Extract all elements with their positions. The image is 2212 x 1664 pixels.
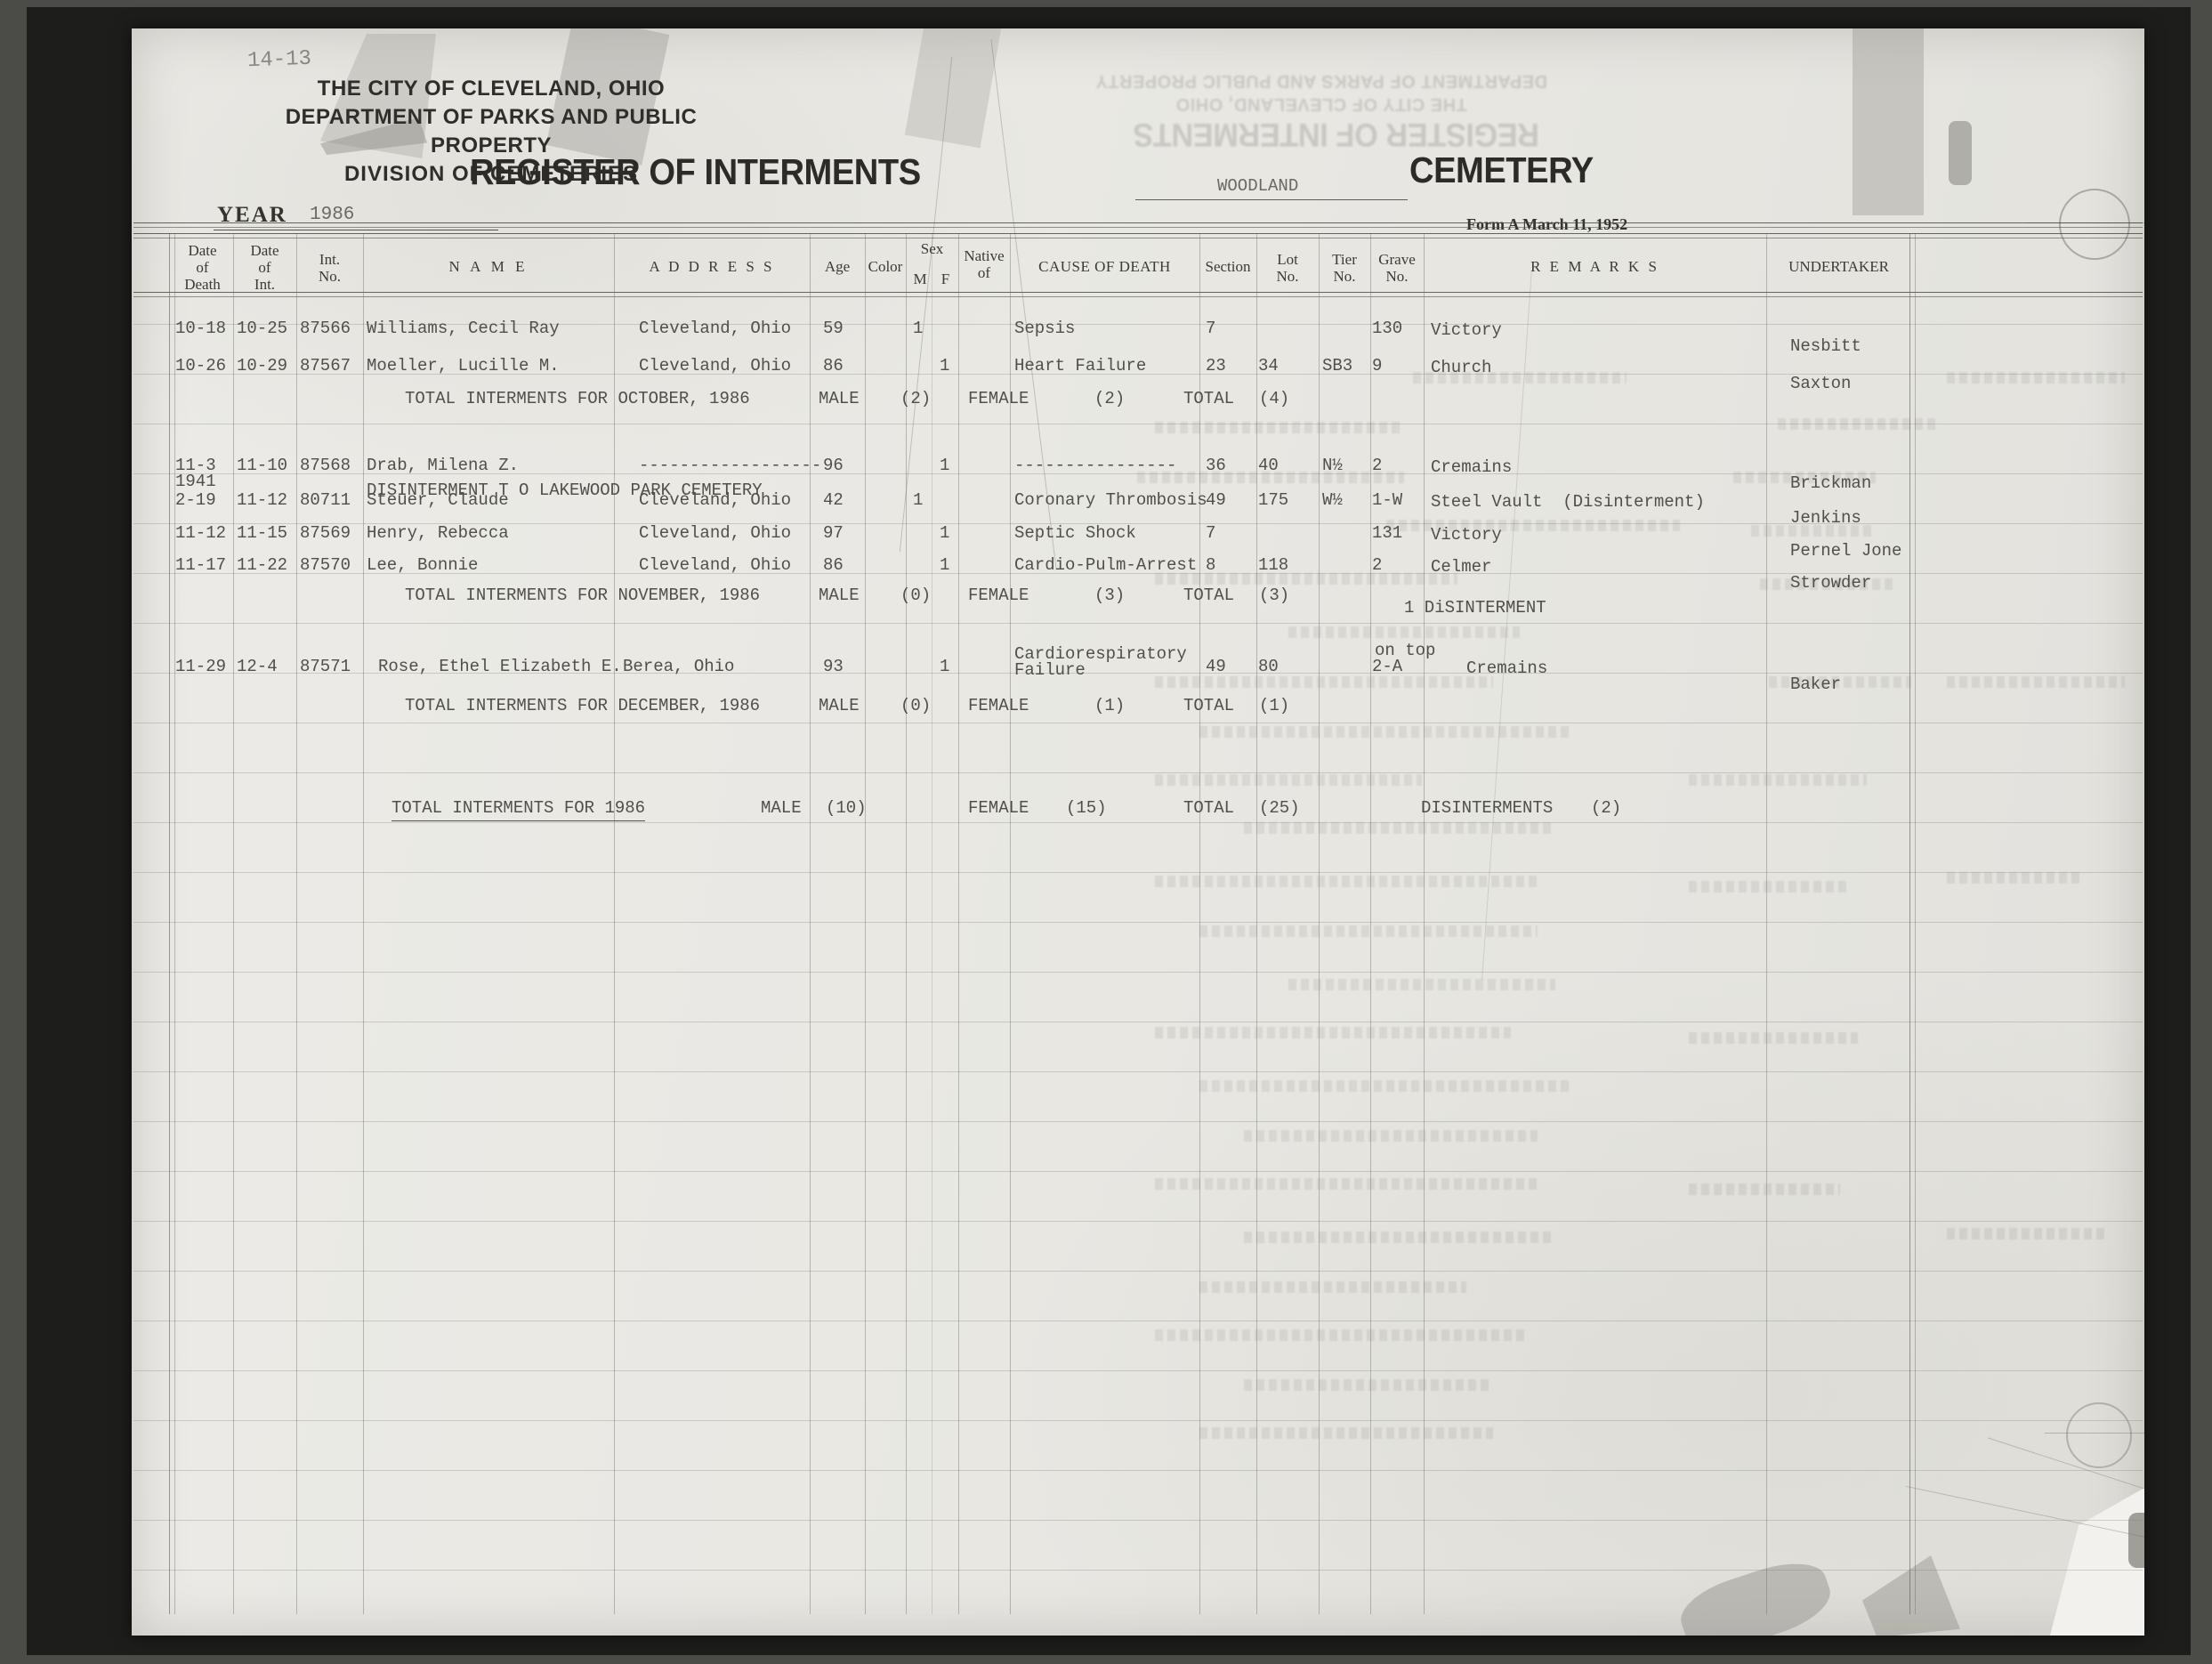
cell-undertaker: Jenkins — [1790, 508, 1861, 528]
cell-age: 59 — [823, 319, 844, 338]
total-male-value: (0) — [900, 696, 931, 715]
bleedthrough-header: REGISTER OF INTERMENTS THE CITY OF CLEVE… — [1014, 43, 1628, 153]
total-female-value: (1) — [1094, 696, 1125, 715]
disinterment-overlay: DISINTERMENT T O LAKEWOOD PARK CEMETERY — [367, 481, 763, 500]
cell-remarks: Victory — [1431, 320, 1502, 340]
cell-lot: 40 — [1258, 456, 1279, 475]
column-line — [296, 233, 297, 1614]
cell-grave: 1-W — [1372, 490, 1402, 510]
cell-remarks: Cremains — [1466, 658, 1547, 678]
cell-undertaker: Pernel Jone — [1790, 541, 1901, 561]
cell-section: 8 — [1206, 555, 1215, 575]
cell-remarks: Cremains — [1431, 457, 1512, 477]
cell-undertaker: Brickman — [1790, 473, 1871, 493]
cell-age: 96 — [823, 456, 844, 475]
total-male-label: MALE — [819, 586, 860, 605]
cell-date-of-death: 11-29 — [175, 657, 226, 676]
total-male-label: MALE — [819, 696, 860, 715]
col-header-int-no: Int. No. — [296, 251, 363, 285]
total-label: TOTAL INTERMENTS FOR DECEMBER, 1986 — [405, 696, 760, 715]
total-total-label: TOTAL — [1183, 696, 1234, 715]
total-total-label: TOTAL — [1183, 586, 1234, 605]
cell-remarks: Victory — [1431, 525, 1502, 545]
total-female-value: (3) — [1094, 586, 1125, 605]
cell-grave: 130 — [1372, 319, 1402, 338]
tape-stain — [1853, 28, 1924, 215]
cell-lot: 175 — [1258, 490, 1288, 510]
total-female-value: (2) — [1094, 389, 1125, 408]
total-total-label: TOTAL — [1183, 389, 1234, 408]
cell-sex-f: 1 — [940, 523, 949, 543]
column-line — [810, 233, 811, 1614]
handwritten-number: 14-13 — [247, 47, 312, 73]
cell-cause: Septic Shock — [1014, 523, 1136, 543]
cell-grave: 2 — [1372, 555, 1382, 575]
column-line — [363, 233, 364, 1614]
cell-address: Cleveland, Ohio — [639, 523, 791, 543]
col-header-remarks: R E M A R K S — [1424, 258, 1766, 275]
drab-birth-year: 1941 — [175, 472, 216, 491]
cell-address: Cleveland, Ohio — [639, 356, 791, 376]
bleedthrough-org2: DEPARTMENT OF PARKS AND PUBLIC PROPERTY — [1014, 69, 1628, 93]
column-line — [233, 233, 234, 1614]
total-male-label: MALE — [761, 798, 802, 818]
col-header-address: A D D R E S S — [614, 258, 810, 275]
cell-section: 23 — [1206, 356, 1226, 376]
bleedthrough-title: REGISTER OF INTERMENTS — [1134, 116, 1539, 153]
col-header-sex-f: F — [933, 271, 957, 287]
col-header-sex-m: M — [908, 271, 932, 287]
cell-date-of-int: 10-25 — [237, 319, 287, 338]
cell-sex-f: 1 — [940, 555, 949, 575]
cell-remarks: Church — [1431, 358, 1491, 377]
bleedthrough-org1: THE CITY OF CLEVELAND, OHIO — [1014, 93, 1628, 116]
cell-address: Cleveland, Ohio — [639, 555, 791, 575]
cell-grave: 2 — [1372, 456, 1382, 475]
col-header-tier-no: Tier No. — [1319, 251, 1370, 285]
cell-date-of-death: 10-26 — [175, 356, 226, 376]
cell-name: Henry, Rebecca — [367, 523, 509, 543]
cell-address: ------------------ — [639, 456, 821, 475]
column-line — [1199, 233, 1200, 1614]
total-male-value: (0) — [900, 586, 931, 605]
cell-age: 93 — [823, 657, 844, 676]
col-header-date-of-death: Date of Death — [172, 242, 233, 293]
total-total-value: (25) — [1259, 798, 1300, 818]
bed-edge — [0, 0, 27, 1664]
column-line — [865, 233, 866, 1614]
cell-sex-f: 1 — [940, 456, 949, 475]
cell-age: 86 — [823, 356, 844, 376]
cell-tier: W½ — [1322, 490, 1343, 510]
cell-cause: Cardiorespiratory Failure — [1014, 646, 1206, 678]
col-header-age: Age — [810, 258, 865, 275]
column-line — [1319, 233, 1320, 1614]
cell-date-of-death: 11-12 — [175, 523, 226, 543]
cell-int-no: 87570 — [300, 555, 351, 575]
column-line — [1424, 233, 1425, 1614]
bed-edge — [2191, 0, 2212, 1664]
cell-remarks: Steel Vault (Disinterment) — [1431, 492, 1705, 512]
cemetery-name: WOODLAND — [1217, 176, 1298, 196]
col-header-grave-no: Grave No. — [1370, 251, 1424, 285]
cell-lot: 80 — [1258, 657, 1279, 676]
cell-undertaker: Strowder — [1790, 573, 1871, 593]
cell-cause: Sepsis — [1014, 319, 1075, 338]
total-label: TOTAL INTERMENTS FOR OCTOBER, 1986 — [405, 389, 750, 408]
total-male-value: (10) — [826, 798, 867, 818]
col-header-section: Section — [1199, 258, 1256, 275]
column-line — [958, 233, 959, 1614]
cemetery-underline — [1135, 199, 1408, 200]
total-female-label: FEMALE — [968, 586, 1029, 605]
cell-name: Lee, Bonnie — [367, 555, 478, 575]
cell-section: 7 — [1206, 319, 1215, 338]
rule — [133, 233, 2143, 238]
total-dis-value: (2) — [1591, 798, 1621, 818]
cell-sex-f: 1 — [940, 356, 949, 376]
cell-sex-m: 1 — [913, 490, 923, 510]
col-header-name: N A M E — [363, 258, 614, 275]
paper-sheet: REGISTER OF INTERMENTS THE CITY OF CLEVE… — [132, 28, 2144, 1636]
rose-grave-note: on top — [1375, 641, 1435, 660]
cell-section: 49 — [1206, 657, 1226, 676]
cell-remarks: Celmer — [1431, 557, 1491, 577]
cell-age: 97 — [823, 523, 844, 543]
cell-int-no: 87569 — [300, 523, 351, 543]
cell-undertaker: Baker — [1790, 674, 1841, 694]
org-line1: THE CITY OF CLEVELAND, OHIO — [224, 75, 758, 103]
cell-name: Drab, Milena Z. — [367, 456, 519, 475]
column-line — [169, 233, 170, 1614]
cell-tier: SB3 — [1322, 356, 1352, 376]
total-total-label: TOTAL — [1183, 798, 1234, 818]
total-note: 1 DiSINTERMENT — [1404, 598, 1546, 618]
cell-date-of-int: 10-29 — [237, 356, 287, 376]
col-header-date-of-int: Date of Int. — [233, 242, 296, 293]
total-total-value: (1) — [1259, 696, 1289, 715]
cell-date-of-death: 2-19 — [175, 490, 216, 510]
column-line — [174, 233, 175, 1614]
cell-age: 42 — [823, 490, 844, 510]
cell-undertaker: Nesbitt — [1790, 336, 1861, 356]
cell-address: Cleveland, Ohio — [639, 319, 791, 338]
column-line — [1766, 233, 1767, 1614]
cell-sex-m: 1 — [913, 319, 923, 338]
total-total-value: (4) — [1259, 389, 1289, 408]
scanned-register-page: REGISTER OF INTERMENTS THE CITY OF CLEVE… — [0, 0, 2212, 1664]
column-line — [906, 233, 907, 1614]
cell-grave: 131 — [1372, 523, 1402, 543]
cell-name: Williams, Cecil Ray — [367, 319, 560, 338]
column-line — [1370, 233, 1371, 1614]
page-title-right: CEMETERY — [1409, 149, 1594, 191]
cell-int-no: 87566 — [300, 319, 351, 338]
rule — [133, 292, 2143, 297]
cell-date-of-int: 11-12 — [237, 490, 287, 510]
total-male-label: MALE — [819, 389, 860, 408]
page-title: REGISTER OF INTERMENTS — [470, 151, 921, 193]
cell-tier: N½ — [1322, 456, 1343, 475]
total-dis-label: DISINTERMENTS — [1421, 798, 1553, 818]
total-female-label: FEMALE — [968, 696, 1029, 715]
col-header-cause-of-death: CAUSE OF DEATH — [1010, 258, 1199, 275]
cell-date-of-int: 11-15 — [237, 523, 287, 543]
year-underline — [214, 230, 498, 230]
cell-date-of-int: 12-4 — [237, 657, 278, 676]
cell-date-of-int: 11-10 — [237, 456, 287, 475]
cell-cause: Coronary Thrombosis — [1014, 490, 1207, 510]
cell-section: 49 — [1206, 490, 1226, 510]
total-label: TOTAL INTERMENTS FOR 1986 — [392, 798, 645, 821]
cell-section: 7 — [1206, 523, 1215, 543]
cell-section: 36 — [1206, 456, 1226, 475]
cell-int-no: 87568 — [300, 456, 351, 475]
column-line — [1010, 233, 1011, 1614]
column-line — [932, 233, 932, 1614]
total-female-label: FEMALE — [968, 389, 1029, 408]
cell-cause: Heart Failure — [1014, 356, 1146, 376]
cell-undertaker: Saxton — [1790, 374, 1851, 393]
total-male-value: (2) — [900, 389, 931, 408]
cell-date-of-int: 11-22 — [237, 555, 287, 575]
cell-lot: 118 — [1258, 555, 1288, 575]
cell-name: Moeller, Lucille M. — [367, 356, 560, 376]
cell-grave: 9 — [1372, 356, 1382, 376]
cell-int-no: 80711 — [300, 490, 351, 510]
total-label: TOTAL INTERMENTS FOR NOVEMBER, 1986 — [405, 586, 760, 605]
cell-date-of-death: 11-17 — [175, 555, 226, 575]
cell-int-no: 87567 — [300, 356, 351, 376]
col-header-sex: Sex — [906, 240, 958, 257]
cell-cause: ---------------- — [1014, 456, 1176, 475]
total-female-value: (15) — [1066, 798, 1107, 818]
col-header-native-of: Native of — [958, 247, 1010, 281]
column-line — [1909, 233, 1910, 1614]
cell-age: 86 — [823, 555, 844, 575]
cell-address: Berea, Ohio — [623, 657, 734, 676]
col-header-color: Color — [865, 258, 906, 275]
column-line — [614, 233, 615, 1614]
col-header-undertaker: UNDERTAKER — [1766, 258, 1911, 275]
cell-name: Rose, Ethel Elizabeth E. — [378, 657, 622, 676]
column-line — [1256, 233, 1257, 1614]
col-header-lot-no: Lot No. — [1256, 251, 1319, 285]
cell-int-no: 87571 — [300, 657, 351, 676]
total-total-value: (3) — [1259, 586, 1289, 605]
cell-sex-f: 1 — [940, 657, 949, 676]
cell-lot: 34 — [1258, 356, 1279, 376]
tape-stain — [1949, 121, 1972, 185]
rule — [133, 222, 2143, 228]
total-female-label: FEMALE — [968, 798, 1029, 818]
cell-date-of-death: 10-18 — [175, 319, 226, 338]
cell-cause: Cardio-Pulm-Arrest — [1014, 555, 1197, 575]
column-line — [1915, 233, 1916, 1614]
tape-stain — [905, 28, 1001, 148]
